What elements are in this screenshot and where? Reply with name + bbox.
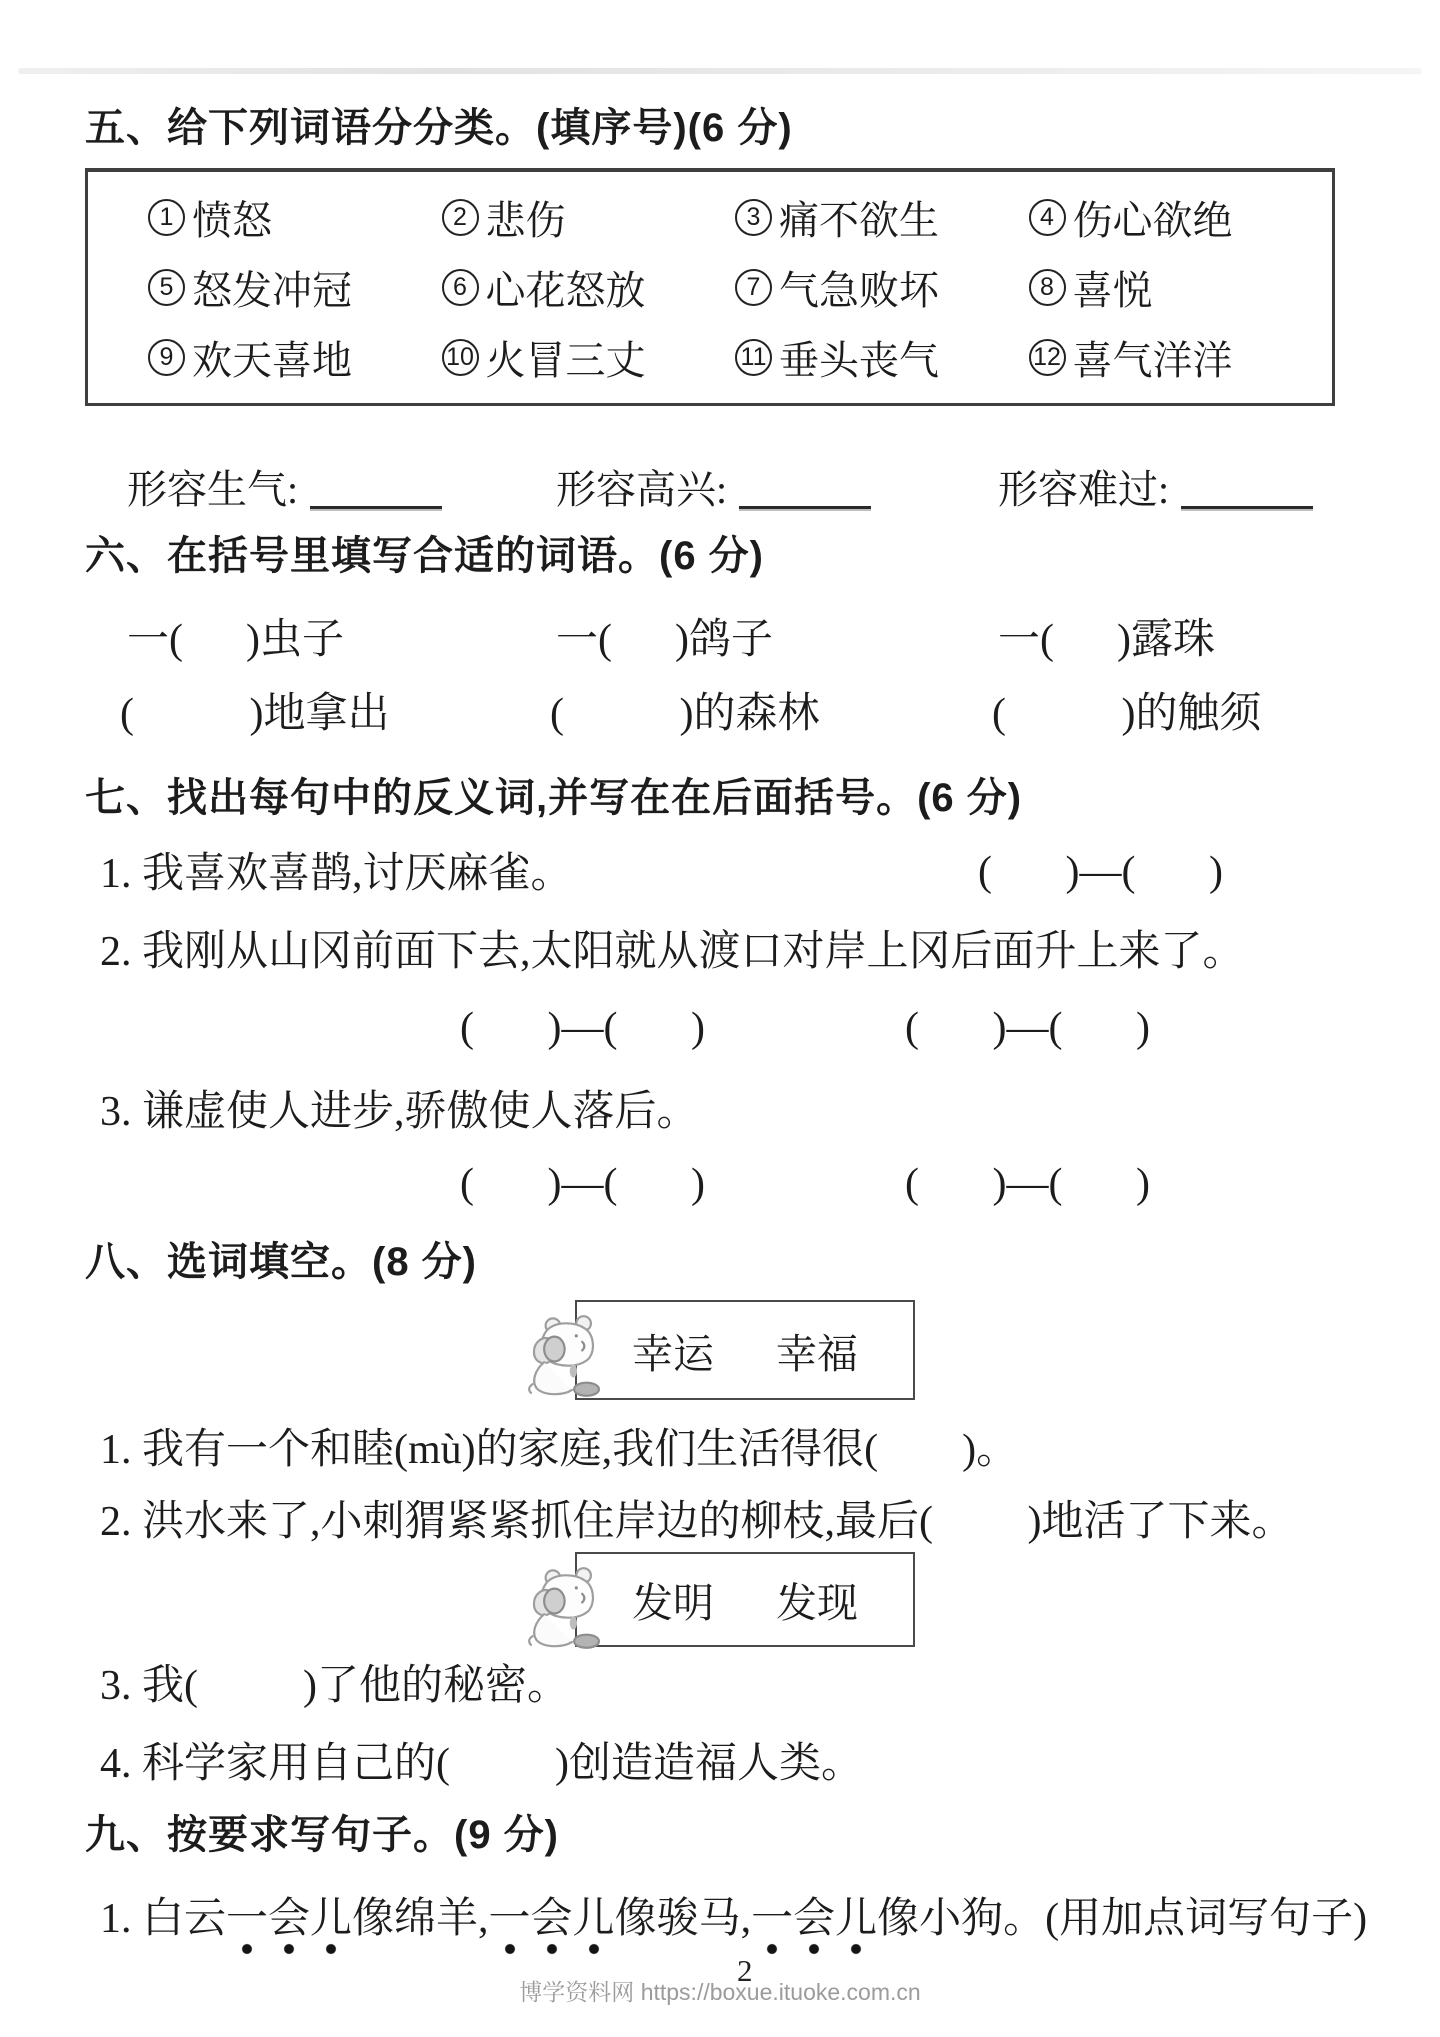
antonym-brackets: ( )—( )	[460, 1004, 705, 1052]
word-bank-word: 火冒三丈	[486, 329, 646, 386]
sentence-segment: 像小狗。(用加点词写句子)	[877, 1896, 1367, 1942]
word-bank-word: 悲伤	[486, 189, 566, 246]
circled-number: 6	[442, 269, 479, 306]
category-sad: 形容难过:	[998, 458, 1313, 515]
word-bank-item: 4伤心欲绝	[1029, 189, 1323, 246]
sentence-segment: 像骏马,	[615, 1896, 752, 1942]
word-bank-item: 12喜气洋洋	[1029, 329, 1323, 386]
section5-title: 五、给下列词语分分类。(填序号)(6 分)	[85, 104, 793, 152]
circled-number: 4	[1029, 199, 1066, 236]
word-bank-word: 伤心欲绝	[1073, 189, 1233, 246]
word-bank-item: 7气急败坏	[735, 259, 1029, 316]
antonym-brackets: ( )—( )	[905, 1004, 1150, 1052]
word-bank-box: 1愤怒 2悲伤 3痛不欲生 4伤心欲绝 5怒发冲冠 6心花怒放 7气急败坏 8喜…	[85, 168, 1335, 406]
category-label: 形容生气:	[127, 467, 298, 512]
emphasized-segment: 一会儿	[489, 1893, 615, 1946]
antonym-sentence-1: 1. 我喜欢喜鹊,讨厌麻雀。	[100, 848, 573, 901]
category-label: 形容难过:	[998, 467, 1169, 512]
circled-number: 5	[148, 269, 185, 306]
circled-number: 11	[735, 339, 772, 376]
fill-phrase: ( )的森林	[550, 688, 819, 741]
answer-blank	[1181, 476, 1313, 509]
answer-blank	[310, 476, 442, 509]
word-bank-word: 喜悦	[1073, 259, 1153, 316]
choice-word: 幸福	[776, 1321, 858, 1380]
word-bank-item: 2悲伤	[442, 189, 736, 246]
circled-number: 8	[1029, 269, 1066, 306]
antonym-sentence-2: 2. 我刚从山冈前面下去,太阳就从渡口对岸上冈后面升上来了。	[100, 926, 1245, 979]
choice-word: 幸运	[632, 1321, 714, 1380]
section8-title: 八、选词填空。(8 分)	[85, 1238, 477, 1286]
bear-icon	[525, 1314, 613, 1398]
word-bank-word: 愤怒	[192, 189, 272, 246]
word-bank-item: 10火冒三丈	[442, 329, 736, 386]
choice-word: 发现	[776, 1570, 858, 1629]
word-bank-item: 1愤怒	[148, 189, 442, 246]
rewrite-sentence-1: 1. 白云一会儿像绵羊,一会儿像骏马,一会儿像小狗。(用加点词写句子)	[100, 1893, 1367, 1946]
word-bank-word: 垂头丧气	[779, 329, 939, 386]
word-choice-box-1: 幸运 幸福	[575, 1300, 915, 1400]
category-anger: 形容生气:	[127, 458, 442, 515]
fill-phrase: 一( )虫子	[127, 614, 344, 667]
fill-phrase: ( )的触须	[992, 688, 1261, 741]
scan-artifact	[18, 68, 1422, 74]
word-bank-item: 11垂头丧气	[735, 329, 1029, 386]
antonym-brackets: ( )—( )	[905, 1160, 1150, 1208]
choice-word: 发明	[632, 1570, 714, 1629]
answer-blank	[739, 476, 871, 509]
choice-sentence-1: 1. 我有一个和睦(mù)的家庭,我们生活得很( )。	[100, 1424, 1018, 1477]
circled-number: 9	[148, 339, 185, 376]
circled-number: 7	[735, 269, 772, 306]
sentence-segment: 1. 白云	[100, 1896, 226, 1942]
circled-number: 10	[442, 339, 479, 376]
fill-phrase: 一( )鸽子	[556, 614, 773, 667]
antonym-brackets: ( )—( )	[978, 848, 1223, 896]
emphasized-segment: 一会儿	[226, 1893, 352, 1946]
choice-sentence-2: 2. 洪水来了,小刺猬紧紧抓住岸边的柳枝,最后( )地活了下来。	[100, 1496, 1293, 1549]
sentence-segment: 像绵羊,	[352, 1896, 489, 1942]
choice-sentence-3: 3. 我( )了他的秘密。	[100, 1660, 569, 1713]
fill-phrase: ( )地拿出	[120, 688, 389, 741]
word-choice-box-2: 发明 发现	[575, 1552, 915, 1647]
section9-title: 九、按要求写句子。(9 分)	[85, 1811, 559, 1859]
word-bank-word: 心花怒放	[486, 259, 646, 316]
worksheet-page: 五、给下列词语分分类。(填序号)(6 分) 1愤怒 2悲伤 3痛不欲生 4伤心欲…	[0, 0, 1440, 2037]
fill-phrase: 一( )露珠	[998, 614, 1215, 667]
word-bank-item: 6心花怒放	[442, 259, 736, 316]
choice-sentence-4: 4. 科学家用自己的( )创造造福人类。	[100, 1738, 863, 1791]
word-bank-item: 9欢天喜地	[148, 329, 442, 386]
word-bank-item: 3痛不欲生	[735, 189, 1029, 246]
circled-number: 12	[1029, 339, 1066, 376]
word-bank-item: 8喜悦	[1029, 259, 1323, 316]
category-happy: 形容高兴:	[556, 458, 871, 515]
emphasized-segment: 一会儿	[751, 1893, 877, 1946]
circled-number: 2	[442, 199, 479, 236]
bear-icon	[525, 1566, 613, 1650]
section6-title: 六、在括号里填写合适的词语。(6 分)	[85, 532, 764, 580]
word-bank-word: 痛不欲生	[779, 189, 939, 246]
circled-number: 3	[735, 199, 772, 236]
word-bank-word: 喜气洋洋	[1073, 329, 1233, 386]
word-bank-word: 怒发冲冠	[192, 259, 352, 316]
word-bank-word: 气急败坏	[779, 259, 939, 316]
antonym-sentence-3: 3. 谦虚使人进步,骄傲使人落后。	[100, 1086, 699, 1139]
circled-number: 1	[148, 199, 185, 236]
section7-title: 七、找出每句中的反义词,并写在在后面括号。(6 分)	[85, 774, 1022, 822]
watermark-text: 博学资料网 https://boxue.ituoke.com.cn	[519, 1974, 920, 2007]
antonym-brackets: ( )—( )	[460, 1160, 705, 1208]
word-bank-item: 5怒发冲冠	[148, 259, 442, 316]
category-label: 形容高兴:	[556, 467, 727, 512]
word-bank-word: 欢天喜地	[192, 329, 352, 386]
